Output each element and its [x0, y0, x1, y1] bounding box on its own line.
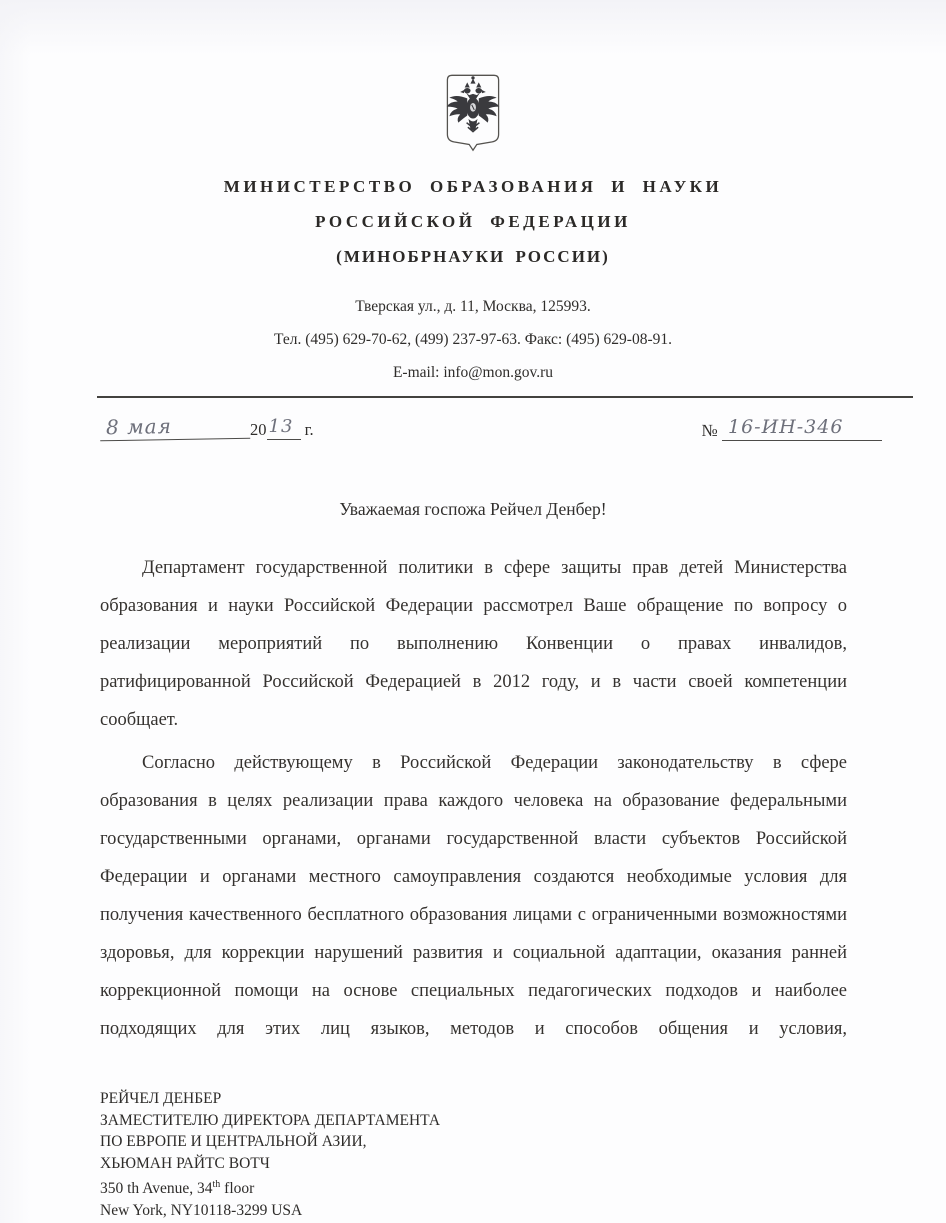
email-line: E-mail: info@mon.gov.ru — [0, 356, 946, 389]
handwritten-ref-number: 16-ИН-346 — [722, 414, 882, 441]
salutation: Уважаемая госпожа Рейчел Денбер! — [0, 499, 946, 520]
ministry-name-line2: РОССИЙСКОЙ ФЕДЕРАЦИИ — [0, 204, 946, 239]
number-sign: № — [702, 421, 722, 440]
date-century: 20 — [250, 420, 267, 439]
reference-line: 8 мая2013 г. № 16-ИН-346 — [100, 413, 882, 455]
addressee-title-line1: ЗАМЕСТИТЕЛЮ ДИРЕКТОРА ДЕПАРТАМЕНТА — [100, 1110, 440, 1132]
addressee-city: New York, NY10118-3299 USA — [100, 1200, 440, 1222]
date-suffix: г. — [301, 420, 314, 439]
date-field: 8 мая2013 г. — [100, 413, 314, 440]
addressee-name: РЕЙЧЕЛ ДЕНБЕР — [100, 1088, 440, 1110]
postal-address: Тверская ул., д. 11, Москва, 125993. — [0, 290, 946, 323]
addressee-street: 350 th Avenue, 34th floor — [100, 1174, 440, 1200]
ministry-name-line1: МИНИСТЕРСТВО ОБРАЗОВАНИЯ И НАУКИ — [0, 169, 946, 204]
addressee-block: РЕЙЧЕЛ ДЕНБЕР ЗАМЕСТИТЕЛЮ ДИРЕКТОРА ДЕПА… — [100, 1088, 440, 1222]
outgoing-number-field: № 16-ИН-346 — [702, 414, 882, 441]
scanned-letter-page: МИНИСТЕРСТВО ОБРАЗОВАНИЯ И НАУКИ РОССИЙС… — [0, 0, 946, 1223]
header-divider — [97, 396, 913, 398]
paragraph-1: Департамент государственной политики в с… — [100, 549, 847, 739]
addressee-organization: ХЬЮМАН РАЙТС ВОТЧ — [100, 1153, 440, 1175]
ministry-short-name: (МИНОБРНАУКИ РОССИИ) — [0, 239, 946, 274]
phone-fax-line: Тел. (495) 629-70-62, (499) 237-97-63. Ф… — [0, 323, 946, 356]
letterhead: МИНИСТЕРСТВО ОБРАЗОВАНИЯ И НАУКИ РОССИЙС… — [0, 169, 946, 274]
handwritten-date: 8 мая — [100, 412, 250, 442]
addressee-title-line2: ПО ЕВРОПЕ И ЦЕНТРАЛЬНОЙ АЗИИ, — [100, 1131, 440, 1153]
russian-coat-of-arms-icon — [441, 72, 505, 163]
letter-body: Департамент государственной политики в с… — [100, 549, 847, 1048]
contact-block: Тверская ул., д. 11, Москва, 125993. Тел… — [0, 290, 946, 389]
paragraph-2: Согласно действующему в Российской Федер… — [100, 744, 847, 1048]
handwritten-year: 13 — [267, 415, 301, 440]
